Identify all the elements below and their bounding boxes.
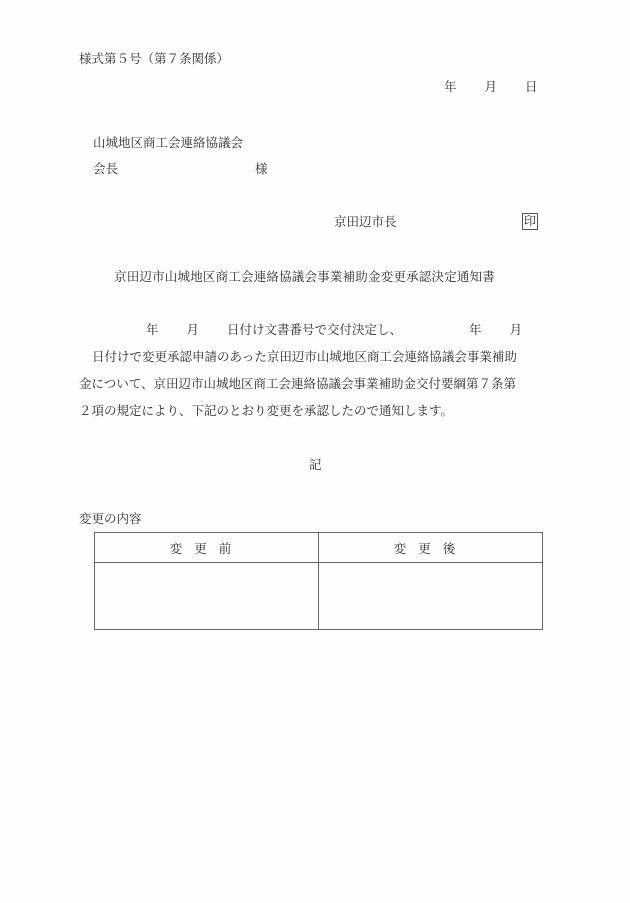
body-month: 月: [187, 322, 200, 337]
document-title: 京田辺市山城地区商工会連絡協議会事業補助金変更承認決定通知書: [114, 271, 495, 284]
date-day: 日: [525, 81, 538, 94]
date-line: 年月日: [444, 81, 538, 94]
changes-label: 変更の内容: [79, 513, 142, 526]
cell-before[interactable]: [95, 563, 319, 630]
body-line-3: 金について、京田辺市山城地区商工会連絡協議会事業補助金交付要綱第７条第: [79, 378, 516, 391]
ki-heading: 記: [309, 459, 322, 472]
recipient-title: 会長: [93, 163, 118, 176]
body-line-2: 日付けで変更承認申請のあった京田辺市山城地区商工会連絡協議会事業補助: [79, 351, 517, 364]
table-header-row: 変更前 変更後: [95, 533, 543, 563]
recipient-honorific: 様: [255, 163, 268, 176]
body-text-1: 日付け文書番号で交付決定し、: [227, 322, 402, 337]
column-header-before: 変更前: [95, 533, 319, 563]
body-line-1: 年月日付け文書番号で交付決定し、年月: [79, 324, 522, 337]
body-month-2: 月: [510, 322, 523, 337]
seal-stamp-icon: 印: [522, 213, 538, 230]
body-line-4: ２項の規定により、下記のとおり変更を承認したので通知します。: [79, 405, 453, 418]
date-month: 月: [485, 81, 498, 94]
table-row: [95, 563, 543, 630]
issuer-name: 京田辺市長: [334, 216, 397, 229]
body-text-2: 日付けで変更承認申請のあった京田辺市山城地区商工会連絡協議会事業補助: [92, 349, 517, 364]
date-year: 年: [444, 81, 457, 94]
changes-table: 変更前 変更後: [94, 532, 543, 630]
cell-after[interactable]: [319, 563, 543, 630]
body-year: 年: [146, 322, 159, 337]
body-year-2: 年: [469, 322, 482, 337]
column-header-after: 変更後: [319, 533, 543, 563]
recipient-organization: 山城地区商工会連絡協議会: [93, 137, 243, 150]
form-number: 様式第５号（第７条関係）: [79, 53, 229, 66]
